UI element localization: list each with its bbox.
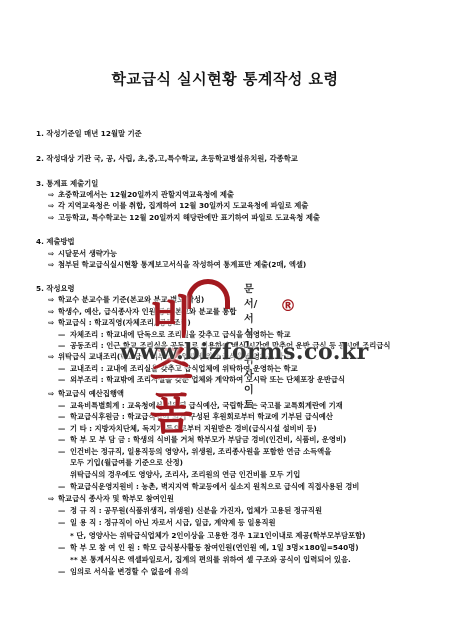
arrow-bullet-icon: ⇨: [48, 318, 58, 328]
line-text: 4. 제출방법: [36, 237, 75, 246]
arrow-bullet-icon: ⇨: [48, 260, 58, 270]
line-text: 기 타 : 지방자치단체, 독지가 등으로부터 지원받은 경비(급식시설 설비비…: [70, 424, 317, 433]
line-text: 시달문서 생략가능: [58, 249, 117, 258]
dash-bullet-icon: —: [58, 447, 70, 457]
line-text: 각 지역교육청은 이를 취합, 집계하여 12월 30일까지 도교육청에 파일로…: [58, 201, 308, 210]
watermark-url-link[interactable]: www.bizforms.co.kr: [120, 339, 369, 365]
watermark-logo: 비즈폼: [150, 294, 191, 438]
line-text: 5. 작성요령: [36, 284, 75, 293]
line-text: 외부조리 : 학교밖에 조리시설을 갖춘 업체와 계약하여 도시락 또는 단체포…: [70, 375, 345, 384]
list-item: ⇨초중학교에서는 12월20일까지 관할지역교육청에 제출: [48, 190, 234, 200]
section-heading: 5. 작성요령: [36, 284, 75, 294]
line-text: 모두 기입(월급여를 기준으로 산정): [70, 458, 183, 467]
dash-bullet-icon: —: [58, 518, 70, 528]
list-item: —인건비는 정규직, 일용직등의 영양사, 위생원, 조리종사원을 포함한 연금…: [58, 447, 331, 457]
dash-bullet-icon: —: [58, 567, 70, 577]
dash-bullet-icon: —: [58, 412, 70, 422]
dash-bullet-icon: —: [58, 375, 70, 385]
section-heading: 3. 통계표 제출기일: [36, 179, 98, 189]
list-item: ⇨첨부된 학교급식실시현황 통계보고서식을 작성하여 통계표만 제출(2매, 엑…: [48, 260, 306, 270]
dash-bullet-icon: —: [58, 435, 70, 445]
line-text: 정 규 직 : 공무원(식품위생직, 위생원) 신분을 가진자, 업체가 고용된…: [70, 506, 322, 515]
line-text: 임의로 서식을 변경할 수 없음에 유의: [70, 567, 188, 576]
line-text: 학 부 모 부 담 금 : 학생의 식비를 거쳐 학부모가 부담금 경비(인건비…: [70, 435, 346, 444]
section-heading: 1. 작성기준일 매년 12월말 기준: [36, 129, 142, 139]
section-heading: 4. 제출방법: [36, 237, 75, 247]
list-item: —외부조리 : 학교밖에 조리시설을 갖춘 업체와 계약하여 도시락 또는 단체…: [58, 375, 345, 385]
line-text: 학교급식 예산집행액: [58, 389, 124, 398]
line-text: 첨부된 학교급식실시현황 통계보고서식을 작성하여 통계표만 제출(2매, 엑셀…: [58, 260, 306, 269]
list-item: 위탁급식의 경우에도 영양사, 조리사, 조리원의 연금 인건비를 모두 기입: [70, 470, 300, 480]
list-item: —학 부 모 참 여 인 원 : 학모 급식봉사활동 참여인원(연인원 예, 1…: [58, 543, 359, 553]
list-item: —학교급식운영지원비 : 농촌, 벽지지역 학교등에서 실소지 원칙으로 급식에…: [58, 482, 359, 492]
arrow-bullet-icon: ⇨: [48, 295, 58, 305]
dash-bullet-icon: —: [58, 543, 70, 553]
arrow-bullet-icon: ⇨: [48, 190, 58, 200]
line-text: 위탁급식의 경우에도 영양사, 조리사, 조리원의 연금 인건비를 모두 기입: [70, 470, 300, 479]
dash-bullet-icon: —: [58, 424, 70, 434]
line-text: * 단, 영양사는 위탁급식업체가 2인이상을 고용한 경우 1교1인이내로 제…: [70, 531, 366, 540]
dash-bullet-icon: —: [58, 506, 70, 516]
list-item: ⇨고등학교, 특수학교는 12월 20일까지 해당란에만 표기하여 파일로 도교…: [48, 213, 320, 223]
line-text: 3. 통계표 제출기일: [36, 179, 98, 188]
line-text: 학 부 모 참 여 인 원 : 학모 급식봉사활동 참여인원(연인원 예, 1일…: [70, 543, 359, 552]
arrow-bullet-icon: ⇨: [48, 494, 58, 504]
line-text: 학교급식후원금 : 학교급식법에 의거 구성된 후원회로부터 학교에 기부된 급…: [70, 412, 333, 421]
line-text: 초중학교에서는 12월20일까지 관할지역교육청에 제출: [58, 190, 234, 199]
registered-icon: ®: [280, 296, 296, 315]
list-item: 모두 기입(월급여를 기준으로 산정): [70, 458, 183, 468]
list-item: ⇨학교급식 종사자 및 학부모 참여인원: [48, 494, 174, 504]
line-text: 고등학교, 특수학교는 12월 20일까지 해당란에만 표기하여 파일로 도교육…: [58, 213, 320, 222]
line-text: 2. 작성대상 기관 국, 공, 사립, 초,중,고,특수학교, 초등학교병설유…: [36, 154, 298, 163]
dash-bullet-icon: —: [58, 341, 70, 351]
document-title: 학교급식 실시현황 통계작성 요령: [0, 68, 450, 89]
dash-bullet-icon: —: [58, 482, 70, 492]
list-item: ** 본 통계서식은 엑셀파일로서, 집계의 편의를 위하여 셀 구조와 공식이…: [70, 555, 351, 565]
list-item: ⇨학교급식 예산집행액: [48, 389, 124, 399]
dash-bullet-icon: —: [58, 364, 70, 374]
arrow-bullet-icon: ⇨: [48, 307, 58, 317]
arrow-bullet-icon: ⇨: [48, 213, 58, 223]
section-heading: 2. 작성대상 기관 국, 공, 사립, 초,중,고,특수학교, 초등학교병설유…: [36, 154, 298, 164]
line-text: 교육비특별회계 : 교육청에서 지원된 급식예산, 국립학교는 국고를 교특회계…: [70, 401, 343, 410]
line-text: 인건비는 정규직, 일용직등의 영양사, 위생원, 조리종사원을 포함한 연금 …: [70, 447, 331, 456]
list-item: ⇨시달문서 생략가능: [48, 249, 117, 259]
dash-bullet-icon: —: [58, 330, 70, 340]
line-text: 학교급식 종사자 및 학부모 참여인원: [58, 494, 174, 503]
list-item: —일 용 직 : 정규직이 아닌 자로서 시급, 일급, 계약제 등 일용직원: [58, 518, 276, 528]
line-text: 학교급식운영지원비 : 농촌, 벽지지역 학교등에서 실소지 원칙으로 급식에 …: [70, 482, 359, 491]
arrow-bullet-icon: ⇨: [48, 352, 58, 362]
arrow-bullet-icon: ⇨: [48, 249, 58, 259]
list-item: —학 부 모 부 담 금 : 학생의 식비를 거쳐 학부모가 부담금 경비(인건…: [58, 435, 346, 445]
arrow-bullet-icon: ⇨: [48, 201, 58, 211]
document-page: 학교급식 실시현황 통계작성 요령 1. 작성기준일 매년 12월말 기준2. …: [0, 0, 450, 637]
list-item: * 단, 영양사는 위탁급식업체가 2인이상을 고용한 경우 1교1인이내로 제…: [70, 531, 366, 541]
list-item: —교육비특별회계 : 교육청에서 지원된 급식예산, 국립학교는 국고를 교특회…: [58, 401, 343, 411]
arrow-bullet-icon: ⇨: [48, 389, 58, 399]
line-text: ** 본 통계서식은 엑셀파일로서, 집계의 편의를 위하여 셀 구조와 공식이…: [70, 555, 351, 564]
list-item: —학교급식후원금 : 학교급식법에 의거 구성된 후원회로부터 학교에 기부된 …: [58, 412, 333, 422]
list-item: —임의로 서식을 변경할 수 없음에 유의: [58, 567, 188, 577]
dash-bullet-icon: —: [58, 401, 70, 411]
line-text: 일 용 직 : 정규직이 아닌 자로서 시급, 일급, 계약제 등 일용직원: [70, 518, 276, 527]
list-item: ⇨각 지역교육청은 이를 취합, 집계하여 12월 30일까지 도교육청에 파일…: [48, 201, 308, 211]
logo-arc-icon: [186, 279, 230, 309]
list-item: —정 규 직 : 공무원(식품위생직, 위생원) 신분을 가진자, 업체가 고용…: [58, 506, 322, 516]
line-text: 1. 작성기준일 매년 12월말 기준: [36, 129, 142, 138]
